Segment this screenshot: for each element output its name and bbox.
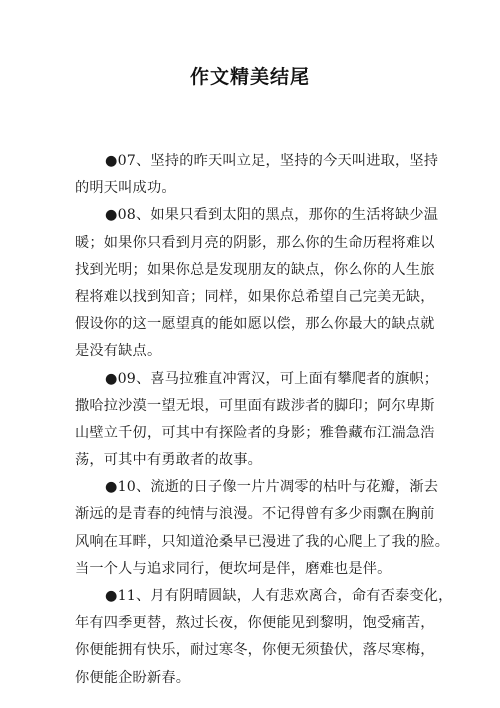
paragraph-line: 你便能企盼新春。 — [75, 665, 435, 692]
document-body: ●07、坚持的昨天叫立足，坚持的今天叫进取，坚持的明天叫成功。●08、如果只看到… — [75, 148, 435, 692]
paragraph-line: 假设你的这一愿望真的能如愿以偿，那么你最大的缺点就 — [75, 311, 435, 338]
paragraph-line: 年有四季更替，熬过长夜，你便能见到黎明，饱受痛苦， — [75, 610, 435, 637]
paragraph-line: 程将难以找到知音；同样，如果你总希望自己完美无缺， — [75, 284, 435, 311]
paragraph-line: 是没有缺点。 — [75, 338, 435, 365]
paragraph-line: 山壁立千仞，可其中有探险者的身影；雅鲁藏布江湍急浩 — [75, 420, 435, 447]
paragraph-line: 的明天叫成功。 — [75, 175, 435, 202]
document-title: 作文精美结尾 — [0, 62, 500, 89]
paragraph-line: 你便能拥有快乐，耐过寒冬，你便无须蛰伏，落尽寒梅， — [75, 637, 435, 664]
paragraph-first-line: ●11、月有阴晴圆缺，人有悲欢离合，命有否泰变化， — [75, 583, 435, 610]
paragraph-line: 风响在耳畔，只知道沧桑早已漫进了我的心爬上了我的脸。 — [75, 529, 435, 556]
paragraph-line: 找到光明；如果你总是发现朋友的缺点，你么你的人生旅 — [75, 257, 435, 284]
paragraph-first-line: ●09、喜马拉雅直冲霄汉，可上面有攀爬者的旗帜； — [75, 366, 435, 393]
paragraph-line: 暖；如果你只看到月亮的阴影，那么你的生命历程将难以 — [75, 230, 435, 257]
paragraph-first-line: ●07、坚持的昨天叫立足，坚持的今天叫进取，坚持 — [75, 148, 435, 175]
paragraph-line: 当一个人与追求同行，便坎坷是伴，磨难也是伴。 — [75, 556, 435, 583]
paragraph-first-line: ●08、如果只看到太阳的黑点，那你的生活将缺少温 — [75, 202, 435, 229]
paragraph-line: 撒哈拉沙漠一望无垠，可里面有跋涉者的脚印；阿尔卑斯 — [75, 393, 435, 420]
paragraph-line: 荡，可其中有勇敢者的故事。 — [75, 447, 435, 474]
paragraph-line: 渐远的是青春的纯情与浪漫。不记得曾有多少雨飘在胸前 — [75, 501, 435, 528]
paragraph-first-line: ●10、流逝的日子像一片片凋零的枯叶与花瓣，渐去 — [75, 474, 435, 501]
